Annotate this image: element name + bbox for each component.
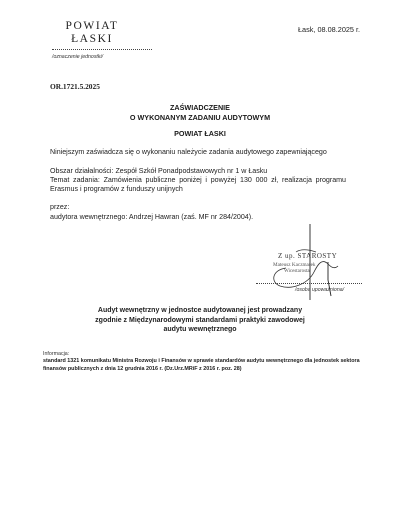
unit-dotted-line <box>52 49 152 50</box>
place-date: Łask, 08.08.2025 r. <box>298 25 360 34</box>
unit-caption: /oznaczenie jednostki/ <box>52 54 103 60</box>
reference-number: OR.1721.5.2025 <box>50 82 100 91</box>
audited-entity: POWIAT ŁASKI <box>0 129 400 138</box>
stamp-role: Wicestarosta <box>284 269 310 274</box>
stamp-name: Mateusz Kaczmarek <box>273 262 316 268</box>
stamp-authorization: Z up. STAROSTY <box>278 252 337 260</box>
task-topic: Temat zadania: Zamówienia publiczne poni… <box>50 176 346 194</box>
document-title: ZAŚWIADCZENIE <box>0 103 400 112</box>
signature-stamp: Z up. STAROSTY Mateusz Kaczmarek Wicesta… <box>270 252 360 292</box>
signature-caption: /osoba upoważniona/ <box>295 287 344 293</box>
signature-dotted-line <box>256 283 362 284</box>
by-label: przez: <box>50 203 69 212</box>
statement-line3: audytu wewnętrznego <box>40 325 360 335</box>
document-subtitle: O WYKONANYM ZADANIU AUDYTOWYM <box>0 113 400 122</box>
unit-name-line1: POWIAT <box>62 20 122 33</box>
information-text: standard 1321 komunikatu Ministra Rozwoj… <box>43 358 373 374</box>
unit-name: POWIAT ŁASKI <box>62 20 122 46</box>
certification-text: Niniejszym zaświadcza się o wykonaniu na… <box>50 148 327 157</box>
area-of-activity: Obszar działalności: Zespół Szkół Ponadp… <box>50 167 267 176</box>
standards-statement: Audyt wewnętrzny w jednostce audytowanej… <box>40 306 360 335</box>
information-label: Informacja: <box>43 351 69 357</box>
unit-name-line2: ŁASKI <box>62 33 122 46</box>
auditor: audytora wewnętrznego: Andrzej Hawran (z… <box>50 213 253 222</box>
statement-line1: Audyt wewnętrzny w jednostce audytowanej… <box>40 306 360 316</box>
statement-line2: zgodnie z Międzynarodowymi standardami p… <box>40 316 360 326</box>
